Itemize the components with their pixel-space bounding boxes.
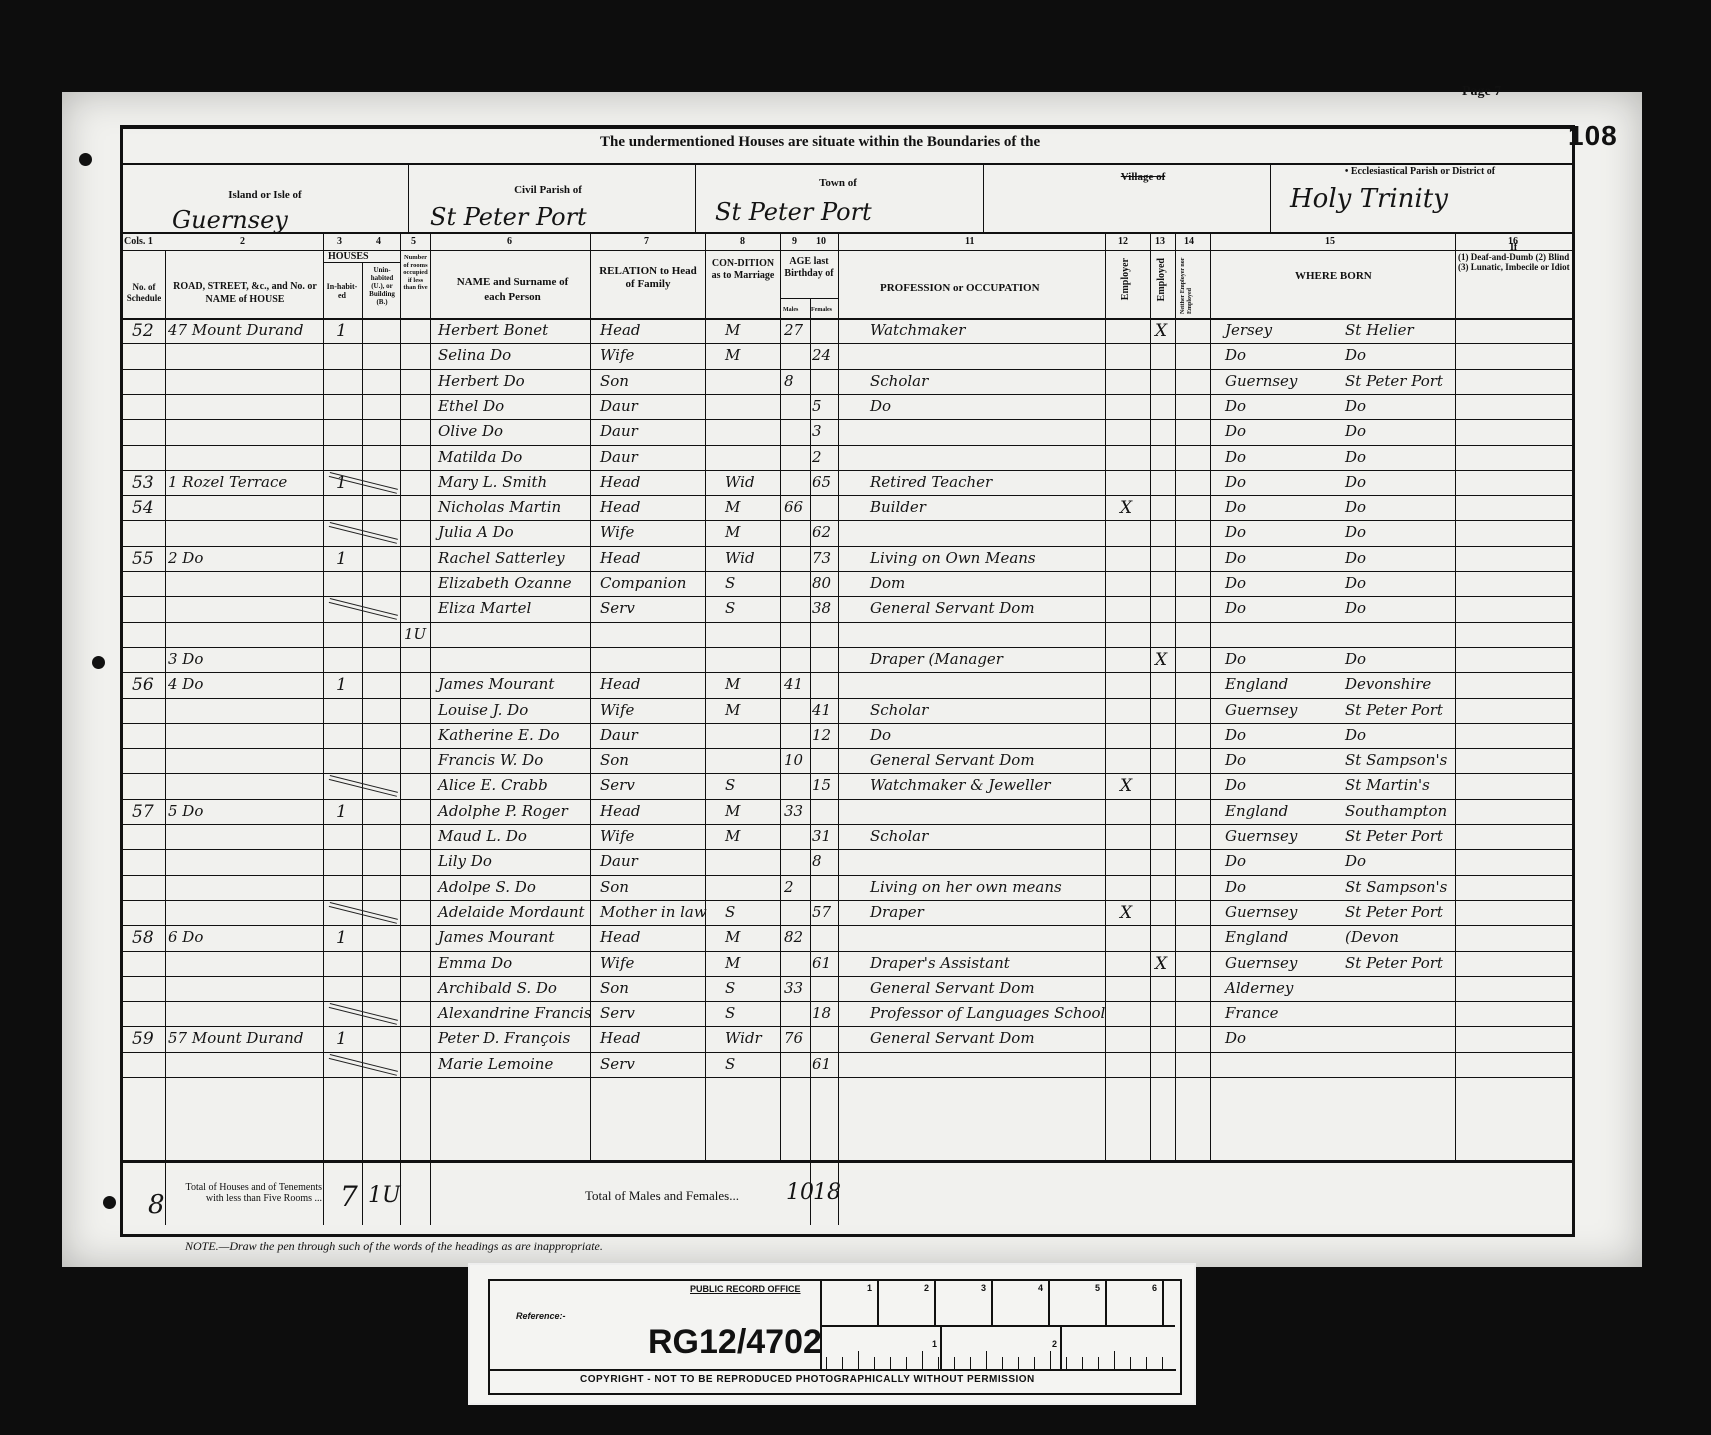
cell-condition: M [725, 928, 740, 946]
cell-employer: X [1120, 776, 1132, 796]
row-rule [120, 824, 1575, 825]
cell-female-age: 5 [812, 397, 822, 415]
cell-inhabited: 1 [336, 675, 347, 695]
cell-female-age: 65 [812, 473, 831, 491]
cell-born-place: England [1225, 928, 1288, 946]
cell-relation: Son [600, 979, 629, 997]
col-num-13: 13 [1155, 236, 1165, 247]
row-rule [120, 976, 1575, 977]
cell-condition: M [725, 827, 740, 845]
cell-born-place: Guernsey [1225, 954, 1297, 972]
cell-female-age: 38 [812, 599, 831, 617]
row-rule [120, 900, 1575, 901]
cell-born-parish: Do [1345, 599, 1366, 617]
cell-occupation: Living on her own means [870, 878, 1062, 896]
cell-relation: Son [600, 372, 629, 390]
cell-born-place: Do [1225, 776, 1246, 794]
cell-born-parish: Do [1345, 726, 1366, 744]
col-num-8: 8 [740, 236, 745, 247]
col-num-6: 6 [507, 236, 512, 247]
cell-male-age: 82 [784, 928, 803, 946]
cell-relation: Mother in law [600, 903, 707, 921]
cell-road: 57 Mount Durand [168, 1029, 303, 1047]
col-num-14: 14 [1184, 236, 1194, 247]
row-rule [120, 773, 1575, 774]
row-rule [120, 596, 1575, 597]
cell-name: Ethel Do [438, 397, 504, 415]
cell-condition: M [725, 954, 740, 972]
cell-road: 4 Do [168, 675, 203, 693]
cell-relation: Head [600, 675, 641, 693]
note: NOTE.—Draw the pen through such of the w… [185, 1239, 603, 1254]
scale-inch-label: 1 [932, 1339, 937, 1349]
cell-employed: X [1155, 321, 1167, 341]
cell-name: Nicholas Martin [438, 498, 561, 516]
scale-inch-label: 2 [1052, 1339, 1057, 1349]
cell-name: Rachel Satterley [438, 549, 565, 567]
totals-houses-uninhabited: 1U [368, 1183, 401, 1208]
cell-born-place: Do [1225, 498, 1246, 516]
cell-condition: S [725, 776, 735, 794]
header-infirmity: (1) Deaf-and-Dumb (2) Blind (3) Lunatic,… [1458, 252, 1573, 272]
cell-occupation: Draper [870, 903, 924, 921]
cell-occupation: Do [870, 726, 891, 744]
cell-born-place: Do [1225, 650, 1246, 668]
col-num-7: 7 [644, 236, 649, 247]
col-num-10: 10 [816, 236, 826, 247]
cell-occupation: Dom [870, 574, 905, 592]
cell-relation: Head [600, 321, 641, 339]
cell-female-age: 31 [812, 827, 831, 845]
header-neither: Neither Employer nor Employed [1180, 252, 1206, 314]
col-num-2: 2 [240, 236, 245, 247]
location-label-town: Town of [819, 178, 857, 189]
cell-male-age: 41 [784, 675, 803, 693]
col-num-12: 12 [1118, 236, 1128, 247]
header-road: ROAD, STREET, &c., and No. or NAME of HO… [170, 280, 320, 306]
cell-condition: S [725, 599, 735, 617]
cell-relation: Son [600, 751, 629, 769]
cell-male-age: 8 [784, 372, 794, 390]
row-rule [120, 849, 1575, 850]
cell-condition: M [725, 701, 740, 719]
cell-name: Louise J. Do [438, 701, 528, 719]
header-employer: Employer [1120, 258, 1131, 300]
cell-condition: S [725, 1004, 735, 1022]
cell-born-place: Do [1225, 523, 1246, 541]
cell-born-place: Guernsey [1225, 701, 1297, 719]
cell-employed: X [1155, 954, 1167, 974]
cell-relation: Daur [600, 852, 638, 870]
cell-inhabited: 1 [336, 549, 347, 569]
totals-persons-label: Total of Males and Females... [585, 1188, 739, 1204]
row-rule [120, 546, 1575, 547]
cell-born-parish: St Peter Port [1345, 372, 1443, 390]
header-name: NAME and Surname of each Person [445, 275, 580, 305]
scale-cm-label: 3 [981, 1283, 986, 1293]
header-age: AGE last Birthday of [782, 256, 836, 280]
col-num-9: 9 [792, 236, 797, 247]
cell-name: Maud L. Do [438, 827, 527, 845]
location-value-town: St Peter Port [715, 198, 872, 226]
cell-relation: Serv [600, 1004, 635, 1022]
cell-occupation: General Servant Dom [870, 751, 1035, 769]
cell-name: Katherine E. Do [438, 726, 560, 744]
cell-relation: Serv [600, 599, 635, 617]
cell-name: Elizabeth Ozanne [438, 574, 572, 592]
cell-road: 47 Mount Durand [168, 321, 303, 339]
reference-label: Reference:- [516, 1311, 566, 1321]
row-rule [120, 672, 1575, 673]
cell-born-parish: Do [1345, 473, 1366, 491]
cell-born-place: England [1225, 675, 1288, 693]
row-rule [120, 799, 1575, 800]
row-rule [120, 748, 1575, 749]
header-males: Males [783, 306, 798, 315]
row-rule [120, 622, 1575, 623]
cell-occupation: Watchmaker & Jeweller [870, 776, 1051, 794]
cell-relation: Head [600, 928, 641, 946]
cell-road: 6 Do [168, 928, 203, 946]
totals-schedules: 8 [148, 1190, 165, 1220]
totals-houses-inhabited: 7 [340, 1180, 358, 1213]
cell-schedule: 57 [132, 802, 154, 822]
cell-name: Matilda Do [438, 448, 522, 466]
cell-occupation: Scholar [870, 372, 928, 390]
cell-born-place: Do [1225, 422, 1246, 440]
reference-copyright: COPYRIGHT - NOT TO BE REPRODUCED PHOTOGR… [580, 1374, 1035, 1385]
cell-relation: Serv [600, 1055, 635, 1073]
cell-condition: Wid [725, 473, 755, 491]
col-num-11: 11 [965, 236, 974, 247]
col-num-3: 3 [337, 236, 342, 247]
cell-road: 5 Do [168, 802, 203, 820]
cell-name: Julia A Do [438, 523, 514, 541]
header-occupation: PROFESSION or OCCUPATION [880, 282, 1040, 294]
cell-born-place: Do [1225, 549, 1246, 567]
col-num-1: Cols. 1 [124, 236, 153, 247]
cell-born-place: Do [1225, 726, 1246, 744]
row-rule [120, 723, 1575, 724]
cell-born-place: Guernsey [1225, 827, 1297, 845]
cell-born-parish: St Peter Port [1345, 903, 1443, 921]
cell-occupation: Builder [870, 498, 926, 516]
cell-relation: Companion [600, 574, 686, 592]
cell-born-parish: St Peter Port [1345, 701, 1443, 719]
cell-born-parish: Do [1345, 650, 1366, 668]
cell-born-parish: St Peter Port [1345, 827, 1443, 845]
scale-cm-label: 2 [924, 1283, 929, 1293]
cell-born-parish: St Sampson's [1345, 751, 1447, 769]
page-label: Page 7 [1462, 84, 1501, 100]
col-num-5: 5 [411, 236, 416, 247]
scale-cm-label: 1 [867, 1283, 872, 1293]
page-title: The undermentioned Houses are situate wi… [600, 134, 1040, 151]
cell-born-parish: St Martin's [1345, 776, 1430, 794]
cell-relation: Daur [600, 448, 638, 466]
cell-female-age: 57 [812, 903, 831, 921]
cell-name: Eliza Martel [438, 599, 531, 617]
location-label-island: Island or Isle of [228, 190, 301, 201]
row-rule [120, 875, 1575, 876]
cell-name: Archibald S. Do [438, 979, 557, 997]
row-rule [120, 394, 1575, 395]
scale-cm-label: 5 [1095, 1283, 1100, 1293]
cell-female-age: 24 [812, 346, 831, 364]
cell-born-place: Do [1225, 1029, 1246, 1047]
cell-born-parish: Do [1345, 448, 1366, 466]
cell-occupation: Scholar [870, 701, 928, 719]
header-females: Females [811, 306, 832, 315]
location-value-island: Guernsey [172, 206, 288, 234]
row-rule [120, 520, 1575, 521]
cell-male-age: 76 [784, 1029, 803, 1047]
cell-relation: Wife [600, 954, 634, 972]
header-where-born: WHERE BORN [1295, 270, 1372, 282]
row-rule [120, 369, 1575, 370]
reference-office: PUBLIC RECORD OFFICE [690, 1284, 801, 1294]
row-rule [120, 1001, 1575, 1002]
row-rule [120, 1077, 1575, 1078]
cell-born-parish: Do [1345, 549, 1366, 567]
cell-name: Francis W. Do [438, 751, 543, 769]
row-rule [120, 343, 1575, 344]
cell-name: Alexandrine Francis [438, 1004, 592, 1022]
row-rule [120, 698, 1575, 699]
cell-occupation: Scholar [870, 827, 928, 845]
cell-relation: Wife [600, 827, 634, 845]
cell-schedule: 55 [132, 549, 154, 569]
row-rule [120, 925, 1575, 926]
reference-slip: PUBLIC RECORD OFFICE Reference:- RG12/47… [468, 1263, 1196, 1405]
row-rule [120, 1052, 1575, 1053]
cell-condition: S [725, 1055, 735, 1073]
cell-relation: Wife [600, 701, 634, 719]
cell-born-parish: St Helier [1345, 321, 1414, 339]
cell-born-place: Do [1225, 397, 1246, 415]
cell-male-age: 33 [784, 802, 803, 820]
cell-occupation: Retired Teacher [870, 473, 992, 491]
cell-born-place: Do [1225, 852, 1246, 870]
cell-female-age: 3 [812, 422, 822, 440]
cell-male-age: 33 [784, 979, 803, 997]
reference-number: RG12/4702 [648, 1323, 822, 1362]
cell-female-age: 61 [812, 954, 831, 972]
cell-name: James Mourant [438, 675, 554, 693]
cell-born-place: Do [1225, 599, 1246, 617]
location-label-ecclesiastical: • Ecclesiastical Parish or District of [1345, 166, 1495, 177]
row-rule [120, 951, 1575, 952]
cell-schedule: 58 [132, 928, 154, 948]
cell-female-age: 73 [812, 549, 831, 567]
totals-males: 10 [786, 1180, 814, 1205]
cell-male-age: 10 [784, 751, 803, 769]
cell-male-age: 66 [784, 498, 803, 516]
cell-inhabited: 1 [336, 321, 347, 341]
totals-houses-label: Total of Houses and of Tenements with le… [172, 1182, 322, 1204]
cell-born-parish: St Sampson's [1345, 878, 1447, 896]
cell-born-parish: Do [1345, 422, 1366, 440]
row-rule [120, 647, 1575, 648]
cell-female-age: 18 [812, 1004, 831, 1022]
cell-employer: X [1120, 498, 1132, 518]
cell-condition: S [725, 903, 735, 921]
location-label-village: Village of [1121, 172, 1166, 183]
cell-name: Olive Do [438, 422, 503, 440]
cell-relation: Daur [600, 422, 638, 440]
cell-schedule: 54 [132, 498, 154, 518]
cell-born-place: Do [1225, 878, 1246, 896]
cell-name: Alice E. Crabb [438, 776, 548, 794]
cell-name: Mary L. Smith [438, 473, 547, 491]
cell-name: James Mourant [438, 928, 554, 946]
cell-name: Selina Do [438, 346, 511, 364]
cell-occupation: Do [870, 397, 891, 415]
cell-condition: M [725, 498, 740, 516]
header-relation: RELATION to Head of Family [594, 265, 702, 291]
cell-condition: M [725, 523, 740, 541]
cell-schedule: 56 [132, 675, 154, 695]
cell-occupation: Watchmaker [870, 321, 965, 339]
cell-inhabited: 1 [336, 1029, 347, 1049]
cell-relation: Daur [600, 726, 638, 744]
cell-inhabited: 1 [336, 928, 347, 948]
folio-number: 108 [1568, 120, 1618, 152]
cell-born-place: Alderney [1225, 979, 1293, 997]
cell-occupation: General Servant Dom [870, 599, 1035, 617]
header-condition: CON-DITION as to Marriage [708, 258, 778, 282]
cell-road: 3 Do [168, 650, 203, 668]
cell-born-parish: Devonshire [1345, 675, 1431, 693]
cell-condition: Widr [725, 1029, 762, 1047]
cell-relation: Daur [600, 397, 638, 415]
col-num-4: 4 [376, 236, 381, 247]
cell-road: 2 Do [168, 549, 203, 567]
cell-born-place: Guernsey [1225, 903, 1297, 921]
row-rule [120, 495, 1575, 496]
cell-born-parish: Do [1345, 498, 1366, 516]
cell-name: Adelaide Mordaunt [438, 903, 585, 921]
cell-relation: Head [600, 498, 641, 516]
cell-born-place: Do [1225, 751, 1246, 769]
cell-condition: M [725, 802, 740, 820]
cell-female-age: 62 [812, 523, 831, 541]
header-rooms: Number of rooms occupied if less than fi… [401, 254, 430, 292]
cell-name: Herbert Do [438, 372, 525, 390]
cell-employed: X [1155, 650, 1167, 670]
cell-male-age: 2 [784, 878, 794, 896]
cell-female-age: 61 [812, 1055, 831, 1073]
header-employed: Employed [1156, 258, 1167, 301]
cell-name: Lily Do [438, 852, 492, 870]
cell-occupation: General Servant Dom [870, 979, 1035, 997]
cell-female-age: 41 [812, 701, 831, 719]
cell-relation: Son [600, 878, 629, 896]
header-schedule: No. of Schedule [124, 282, 164, 304]
header-uninhabited: Unin-habited (U.), or Building (B.) [364, 266, 400, 306]
punch-hole-middle [92, 656, 105, 669]
cell-condition: M [725, 675, 740, 693]
cell-born-place: Do [1225, 473, 1246, 491]
cell-female-age: 2 [812, 448, 822, 466]
cell-name: Peter D. François [438, 1029, 570, 1047]
cell-name: Adolpe S. Do [438, 878, 536, 896]
row-rule [120, 470, 1575, 471]
cell-name: Adolphe P. Roger [438, 802, 568, 820]
location-label-civil-parish: Civil Parish of [514, 185, 582, 196]
cell-born-parish: Do [1345, 397, 1366, 415]
punch-hole-bottom [103, 1196, 116, 1209]
cell-relation: Head [600, 473, 641, 491]
cell-born-place: Guernsey [1225, 372, 1297, 390]
cell-relation: Wife [600, 346, 634, 364]
header-inhabited: In-habit-ed [324, 282, 360, 300]
cell-male-age: 27 [784, 321, 803, 339]
cell-rooms: 1U [404, 625, 426, 643]
row-rule [120, 1026, 1575, 1027]
scale-cm-label: 4 [1038, 1283, 1043, 1293]
cell-condition: Wid [725, 549, 755, 567]
col-num-15: 15 [1325, 236, 1335, 247]
cell-female-age: 8 [812, 852, 822, 870]
cell-female-age: 15 [812, 776, 831, 794]
cell-born-parish: Do [1345, 523, 1366, 541]
cell-relation: Serv [600, 776, 635, 794]
cell-born-place: Do [1225, 346, 1246, 364]
cell-employer: X [1120, 903, 1132, 923]
cell-born-parish: Do [1345, 346, 1366, 364]
cell-occupation: Draper's Assistant [870, 954, 1010, 972]
cell-condition: M [725, 346, 740, 364]
cell-name: Emma Do [438, 954, 512, 972]
cell-road: 1 Rozel Terrace [168, 473, 287, 491]
cell-condition: M [725, 321, 740, 339]
cell-born-parish: Do [1345, 574, 1366, 592]
cell-name: Marie Lemoine [438, 1055, 553, 1073]
cell-born-parish: (Devon [1345, 928, 1399, 946]
cell-relation: Head [600, 1029, 641, 1047]
cell-occupation: Professor of Languages School [870, 1004, 1105, 1022]
location-value-ecclesiastical: Holy Trinity [1290, 184, 1448, 214]
cell-name: Herbert Bonet [438, 321, 548, 339]
cell-relation: Wife [600, 523, 634, 541]
row-rule [120, 445, 1575, 446]
cell-condition: S [725, 574, 735, 592]
location-value-civil-parish: St Peter Port [430, 203, 587, 231]
cell-condition: S [725, 979, 735, 997]
header-houses: HOUSES [328, 251, 369, 262]
cell-born-parish: Southampton [1345, 802, 1447, 820]
row-rule [120, 571, 1575, 572]
cell-relation: Head [600, 549, 641, 567]
cell-occupation: General Servant Dom [870, 1029, 1035, 1047]
cell-schedule: 53 [132, 473, 154, 493]
cell-born-place: Do [1225, 574, 1246, 592]
cell-female-age: 12 [812, 726, 831, 744]
cell-born-place: Jersey [1225, 321, 1272, 339]
cell-schedule: 52 [132, 321, 154, 341]
reference-slip-box: PUBLIC RECORD OFFICE Reference:- RG12/47… [488, 1279, 1182, 1395]
cell-born-parish: St Peter Port [1345, 954, 1443, 972]
cell-born-place: France [1225, 1004, 1278, 1022]
cell-occupation: Draper (Manager [870, 650, 1003, 668]
cell-born-place: England [1225, 802, 1288, 820]
cell-born-place: Do [1225, 448, 1246, 466]
punch-hole-top [79, 153, 92, 166]
cell-inhabited: 1 [336, 802, 347, 822]
row-rule [120, 419, 1575, 420]
totals-females: 18 [813, 1180, 841, 1205]
